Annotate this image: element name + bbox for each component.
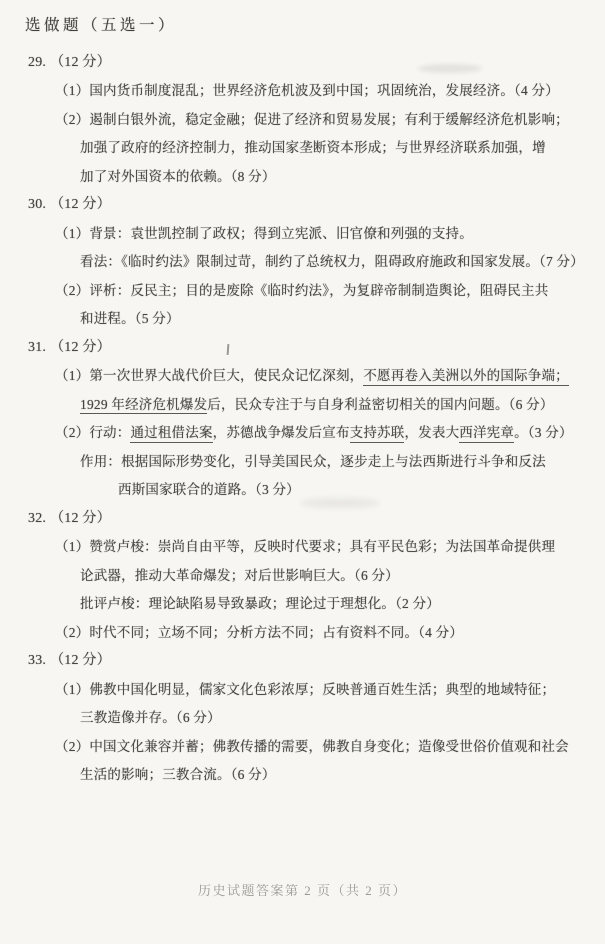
question-score: （12 分）: [50, 653, 111, 668]
answer-text: 生活的影响；三教合流。（6 分）: [80, 767, 276, 782]
question-number-text: 33.: [28, 653, 46, 668]
answer-line: （2）时代不同；立场不同；分析方法不同；占有资料不同。（4 分）: [55, 619, 605, 648]
answer-text: 和进程。（5 分）: [80, 311, 180, 326]
question-number: 31.（12 分）: [28, 334, 605, 363]
answer-text: ，苏德战争爆发后宣布: [213, 425, 350, 440]
answer-line: （2）中国文化兼容并蓄；佛教传播的需要，佛教自身变化；造像受世俗价值观和社会: [55, 733, 605, 762]
answer-text: 批评卢梭：理论缺陷易导致暴政；理论过于理想化。（2 分）: [80, 596, 440, 611]
answer-text: 加强了政府的经济控制力，推动国家垄断资本形成；与世界经济联系加强，增: [80, 140, 546, 155]
question-33: 33.（12 分） （1）佛教中国化明显，儒家文化色彩浓厚；反映普通百姓生活；典…: [0, 647, 605, 790]
page-footer: 历史试题答案第 2 页（共 2 页）: [198, 880, 407, 899]
answer-text: ，发表大: [404, 425, 459, 440]
underlined-answer-text: 西洋宪章: [459, 425, 514, 443]
question-32: 32.（12 分） （1）赞赏卢梭：崇尚自由平等，反映时代要求；具有平民色彩；为…: [0, 505, 605, 648]
question-number-text: 30.: [28, 197, 46, 212]
question-number: 30.（12 分）: [28, 191, 605, 220]
answer-line: （2）行动：通过租借法案，苏德战争爆发后宣布支持苏联，发表大西洋宪章。（3 分）: [55, 419, 605, 448]
question-number-text: 29.: [28, 55, 46, 70]
answer-text: （2）中国文化兼容并蓄；佛教传播的需要，佛教自身变化；造像受世俗价值观和社会: [55, 739, 569, 754]
answer-line: 西斯国家联合的道路。（3 分）: [118, 476, 605, 505]
answer-text: （1）国内货币制度混乱；世界经济危机波及到中国；巩固统治，发展经济。（4 分）: [55, 83, 559, 98]
answer-text: 加了对外国资本的依赖。（8 分）: [80, 169, 276, 184]
answer-text: （2）评析：反民主；目的是废除《临时约法》，为复辟帝制制造舆论，阻碍民主共: [55, 283, 548, 298]
underlined-answer-text: 不愿再卷入美洲以外的国际争端；: [363, 368, 569, 386]
underlined-answer-text: 支持苏联: [350, 425, 405, 443]
answer-line: 生活的影响；三教合流。（6 分）: [80, 761, 605, 790]
answer-line: （1）佛教中国化明显，儒家文化色彩浓厚；反映普通百姓生活；典型的地域特征；: [55, 676, 605, 705]
answer-line: 看法：《临时约法》限制过苛，制约了总统权力，阻碍政府施政和国家发展。（7 分）: [80, 248, 605, 277]
answer-line: （1）国内货币制度混乱；世界经济危机波及到中国；巩固统治，发展经济。（4 分）: [55, 77, 605, 106]
answer-text: （1）背景：袁世凯控制了政权；得到立宪派、旧官僚和列强的支持。: [55, 226, 473, 241]
scanned-answer-page: 选做题（五选一） 29.（12 分） （1）国内货币制度混乱；世界经济危机波及到…: [0, 0, 605, 944]
answer-text: （1）第一次世界大战代价巨大，使民众记忆深刻，: [55, 368, 363, 383]
question-31: 31.（12 分） （1）第一次世界大战代价巨大，使民众记忆深刻，不愿再卷入美洲…: [0, 334, 605, 505]
answer-line: （1）赞赏卢梭：崇尚自由平等，反映时代要求；具有平民色彩；为法国革命提供理: [55, 533, 605, 562]
question-number: 32.（12 分）: [28, 505, 605, 534]
answer-line: 三教造像并存。（6 分）: [80, 704, 605, 733]
underlined-answer-text: 1929 年经济危机爆发: [80, 397, 207, 415]
question-number: 29.（12 分）: [28, 49, 605, 78]
question-score: （12 分）: [50, 197, 111, 212]
answer-line: 论武器，推动大革命爆发；对后世影响巨大。（6 分）: [80, 562, 605, 591]
question-score: （12 分）: [50, 340, 111, 355]
answer-line: 加强了政府的经济控制力，推动国家垄断资本形成；与世界经济联系加强，增: [80, 134, 605, 163]
answer-text: 三教造像并存。（6 分）: [80, 710, 221, 725]
answer-text: 论武器，推动大革命爆发；对后世影响巨大。（6 分）: [80, 568, 399, 583]
answer-text: 看法：《临时约法》限制过苛，制约了总统权力，阻碍政府施政和国家发展。（7 分）: [80, 254, 584, 269]
answer-line: 批评卢梭：理论缺陷易导致暴政；理论过于理想化。（2 分）: [80, 590, 605, 619]
question-29: 29.（12 分） （1）国内货币制度混乱；世界经济危机波及到中国；巩固统治，发…: [0, 49, 605, 192]
answer-line: （1）背景：袁世凯控制了政权；得到立宪派、旧官僚和列强的支持。: [55, 220, 605, 249]
question-number-text: 31.: [28, 340, 46, 355]
answer-text: 。（3 分）: [514, 425, 573, 440]
answer-line: （1）第一次世界大战代价巨大，使民众记忆深刻，不愿再卷入美洲以外的国际争端；: [55, 362, 605, 391]
question-score: （12 分）: [50, 511, 111, 526]
answer-text: 作用：根据国际形势变化，引导美国民众，逐步走上与法西斯进行斗争和反法: [80, 454, 546, 469]
answer-text: 后，民众专注于与自身利益密切相关的国内问题。（6 分）: [207, 397, 553, 412]
answer-text: 西斯国家联合的道路。（3 分）: [118, 482, 300, 497]
question-number-text: 32.: [28, 511, 46, 526]
answer-text: （2）遏制白银外流，稳定金融；促进了经济和贸易发展；有利于缓解经济危机影响；: [55, 112, 569, 127]
question-number: 33.（12 分）: [28, 647, 605, 676]
question-30: 30.（12 分） （1）背景：袁世凯控制了政权；得到立宪派、旧官僚和列强的支持…: [0, 191, 605, 334]
answer-line: 加了对外国资本的依赖。（8 分）: [80, 163, 605, 192]
answer-line: （2）遏制白银外流，稳定金融；促进了经济和贸易发展；有利于缓解经济危机影响；: [55, 106, 605, 135]
answer-text: （2）时代不同；立场不同；分析方法不同；占有资料不同。（4 分）: [55, 625, 463, 640]
answer-text: （1）赞赏卢梭：崇尚自由平等，反映时代要求；具有平民色彩；为法国革命提供理: [55, 539, 555, 554]
answer-line: 1929 年经济危机爆发后，民众专注于与自身利益密切相关的国内问题。（6 分）: [80, 391, 605, 420]
answer-line: 作用：根据国际形势变化，引导美国民众，逐步走上与法西斯进行斗争和反法: [80, 448, 605, 477]
question-score: （12 分）: [50, 55, 111, 70]
answer-text: （1）佛教中国化明显，儒家文化色彩浓厚；反映普通百姓生活；典型的地域特征；: [55, 682, 555, 697]
answer-line: （2）评析：反民主；目的是废除《临时约法》，为复辟帝制制造舆论，阻碍民主共: [55, 277, 605, 306]
section-title: 选做题（五选一）: [25, 12, 605, 41]
answer-line: 和进程。（5 分）: [80, 305, 605, 334]
underlined-answer-text: 通过租借法案: [130, 425, 212, 443]
answer-text: （2）行动：: [55, 425, 130, 440]
